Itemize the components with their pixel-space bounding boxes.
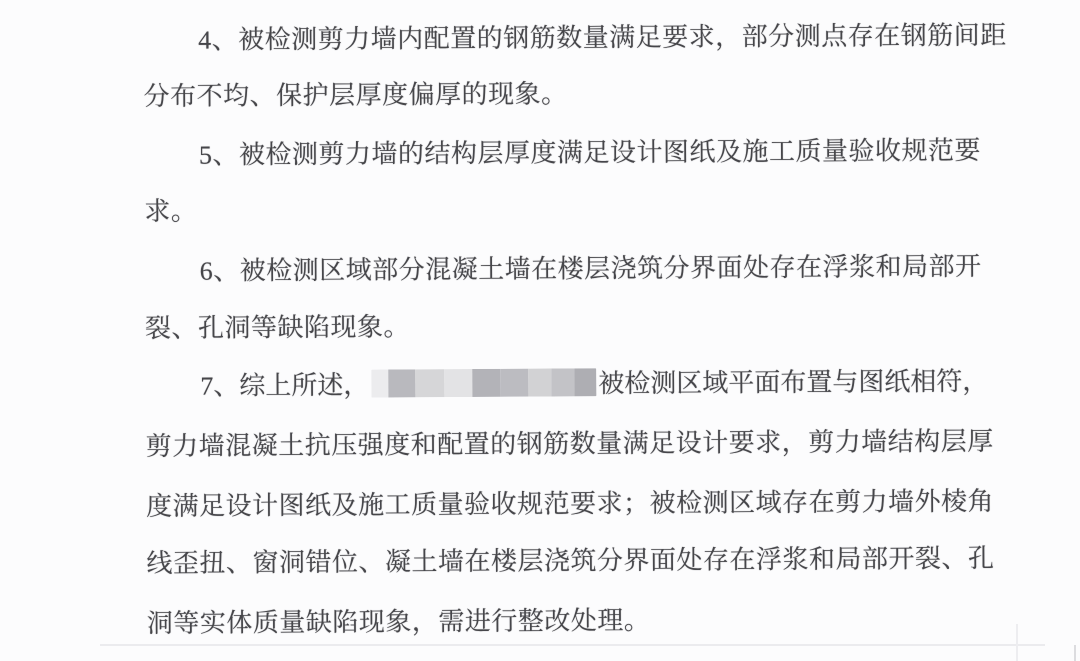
- scan-artifact-vertical-line: [1016, 624, 1018, 661]
- paragraph-7-line-2: 剪力墙混凝土抗压强度和配置的钢筋数量满足设计要求，剪力墙结构层厚: [146, 426, 994, 463]
- paragraph-7-line-3: 度满足设计图纸及施工质量验收规范要求；被检测区域存在剪力墙外棱角: [146, 486, 994, 523]
- paragraph-7-text-before-redaction: 7、综上所述，: [200, 371, 369, 401]
- paragraph-7-text-after-redaction: 被检测区域平面布置与图纸相符，: [598, 367, 988, 398]
- paragraph-6-line-2: 裂、孔洞等缺陷现象。: [145, 311, 410, 345]
- paragraph-5-line-2: 求。: [144, 196, 197, 228]
- scan-artifact-edge-mark: [1074, 645, 1076, 661]
- redacted-text-mosaic: [371, 368, 596, 397]
- paragraph-4-line-1: 4、被检测剪力墙内配置的钢筋数量满足要求，部分测点存在钢筋间距: [198, 20, 1007, 57]
- paragraph-6-line-1: 6、被检测区域部分混凝土墙在楼层浇筑分界面处存在浮浆和局部开: [200, 251, 982, 288]
- scan-artifact-horizontal-line: [100, 644, 1045, 646]
- paragraph-7-line-4: 线歪扭、窗洞错位、凝土墙在楼层浇筑分界面处存在浮浆和局部开裂、孔: [146, 543, 994, 580]
- paragraph-7-line-1: 7、综上所述，被检测区域平面布置与图纸相符，: [200, 366, 988, 403]
- scanned-document-page: 4、被检测剪力墙内配置的钢筋数量满足要求，部分测点存在钢筋间距 分布不均、保护层…: [0, 0, 1080, 661]
- document-text-block: 4、被检测剪力墙内配置的钢筋数量满足要求，部分测点存在钢筋间距 分布不均、保护层…: [0, 0, 1080, 661]
- paragraph-7-line-5: 洞等实体质量缺陷现象，需进行整改处理。: [147, 605, 651, 640]
- paragraph-4-line-2: 分布不均、保护层厚度偏厚的现象。: [143, 78, 567, 113]
- paragraph-5-line-1: 5、被检测剪力墙的结构层厚度满足设计图纸及施工质量验收规范要: [199, 135, 981, 172]
